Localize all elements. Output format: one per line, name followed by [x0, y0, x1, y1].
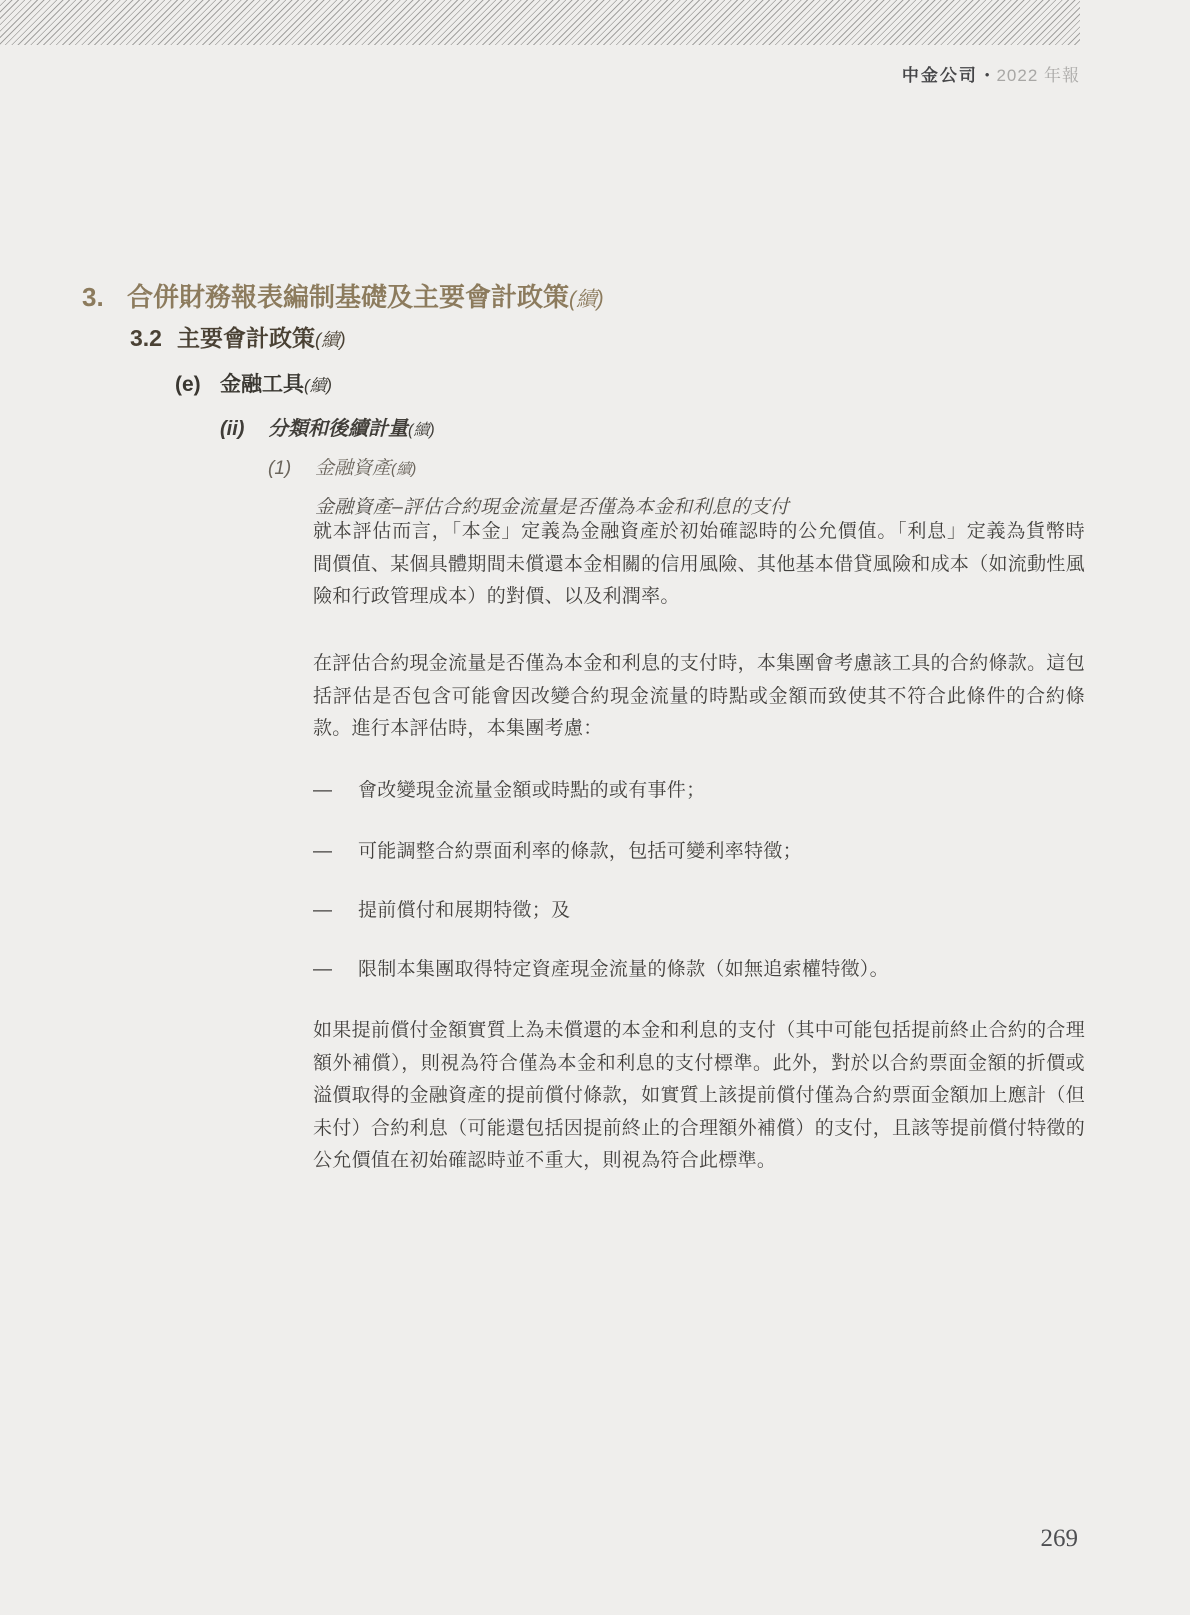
bullet-text: 限制本集團取得特定資產現金流量的條款（如無追索權特徵）。	[358, 959, 889, 980]
page-number: 269	[1041, 1525, 1079, 1553]
section-heading-level4: (ii)分類和後續計量(續)	[220, 412, 435, 441]
bullet-item: —可能調整合約票面利率的條款，包括可變利率特徵；	[313, 836, 802, 863]
section-number: (ii)	[220, 418, 268, 441]
body-paragraph: 在評估合約現金流量是否僅為本金和利息的支付時，本集團會考慮該工具的合約條款。這包…	[313, 648, 1085, 746]
dash-marker: —	[313, 959, 358, 981]
section-title: 合併財務報表編制基礎及主要會計政策	[127, 282, 569, 312]
continued-marker: (續)	[569, 288, 604, 311]
bullet-text: 提前償付和展期特徵；及	[358, 900, 570, 921]
dash-marker: —	[313, 900, 358, 922]
policy-subtitle: 金融資產–評估合約現金流量是否僅為本金和利息的支付	[315, 492, 789, 519]
continued-marker: (續)	[315, 329, 346, 350]
bullet-item: —會改變現金流量金額或時點的或有事件；	[313, 775, 705, 802]
bullet-text: 會改變現金流量金額或時點的或有事件；	[358, 780, 705, 801]
bullet-item: —限制本集團取得特定資產現金流量的條款（如無追索權特徵）。	[313, 954, 889, 981]
bullet-text: 可能調整合約票面利率的條款，包括可變利率特徵；	[358, 841, 802, 862]
section-number: (1)	[268, 458, 315, 480]
section-title: 金融資產	[315, 458, 391, 479]
section-heading-level3: (e)金融工具(續)	[175, 368, 332, 398]
section-number: (e)	[175, 373, 220, 397]
section-title: 金融工具	[220, 373, 304, 396]
bullet-separator-icon: •	[985, 67, 990, 82]
hatch-pattern-band	[0, 0, 1080, 45]
annual-report-page: 中金公司•2022 年報 3.合併財務報表編制基礎及主要會計政策(續) 3.2主…	[0, 0, 1190, 1615]
company-name: 中金公司	[902, 66, 978, 85]
dash-marker: —	[313, 780, 358, 802]
dash-marker: —	[313, 841, 358, 863]
section-number: 3.	[82, 282, 127, 313]
body-paragraph: 就本評估而言，「本金」定義為金融資產於初始確認時的公允價值。「利息」定義為貨幣時…	[313, 516, 1085, 614]
section-title: 分類和後續計量	[268, 418, 408, 440]
report-year-label: 2022 年報	[996, 66, 1080, 85]
page-header: 中金公司•2022 年報	[902, 61, 1080, 86]
continued-marker: (續)	[391, 461, 416, 478]
continued-marker: (續)	[304, 376, 332, 395]
body-paragraph: 如果提前償付金額實質上為未償還的本金和利息的支付（其中可能包括提前終止合約的合理…	[313, 1015, 1085, 1178]
section-heading-level1: 3.合併財務報表編制基礎及主要會計政策(續)	[82, 277, 604, 314]
section-title: 主要會計政策	[177, 325, 315, 351]
section-number: 3.2	[130, 325, 177, 352]
section-heading-level5: (1)金融資產(續)	[268, 453, 416, 480]
bullet-item: —提前償付和展期特徵；及	[313, 895, 570, 922]
section-heading-level2: 3.2主要會計政策(續)	[130, 320, 346, 353]
continued-marker: (續)	[408, 422, 435, 439]
